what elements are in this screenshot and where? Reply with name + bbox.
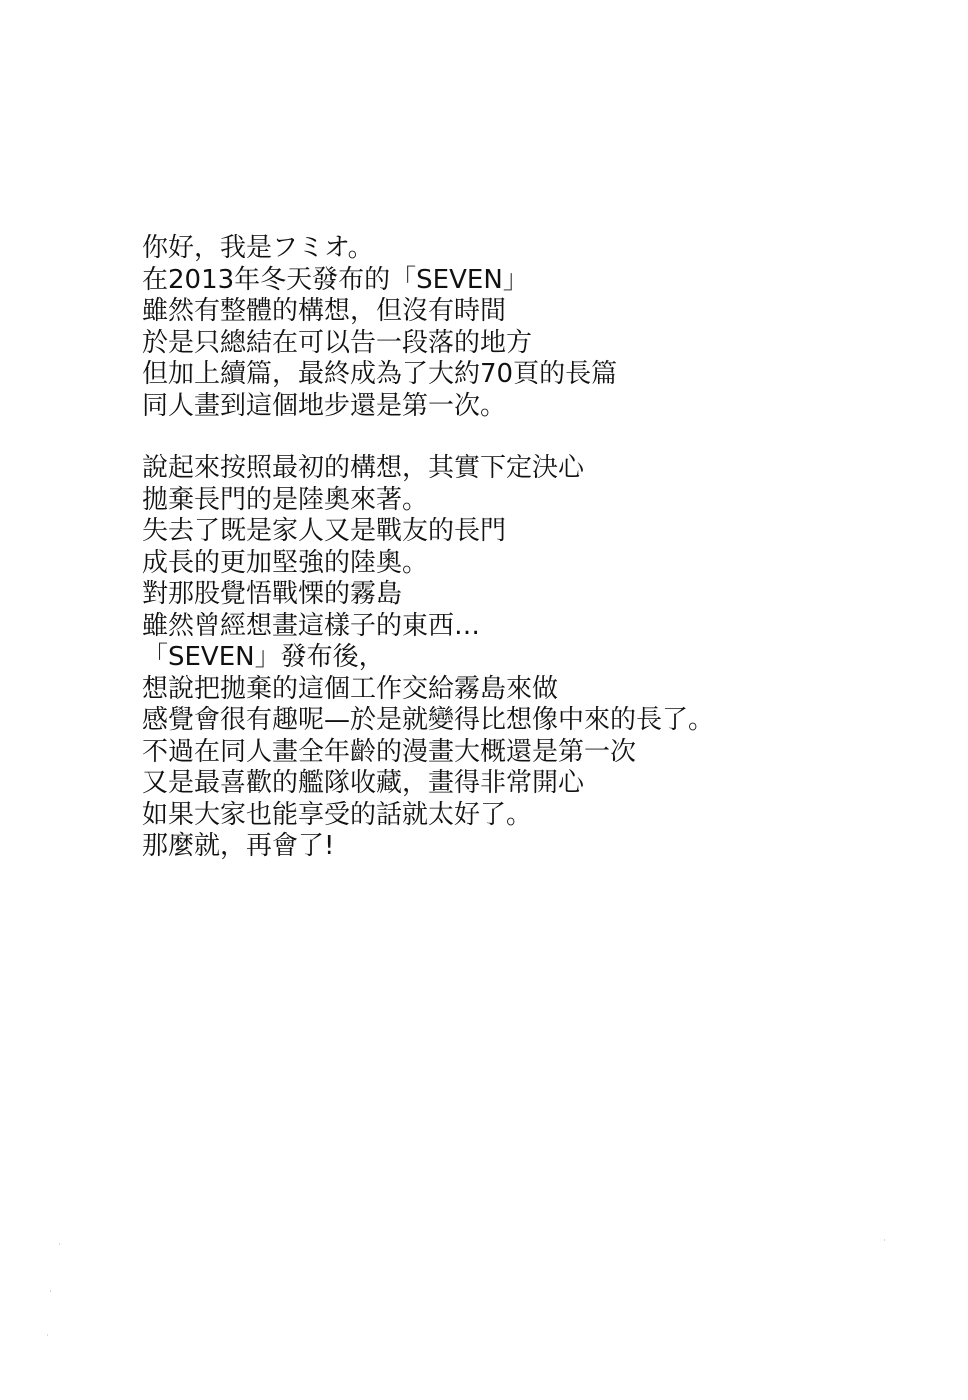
text-line: 又是最喜歡的艦隊收藏，畫得非常開心 [142, 768, 922, 800]
scanned-page: 你好，我是フミオ。 在2013年冬天發布的「SEVEN」 雖然有整體的構想，但沒… [0, 0, 968, 1400]
scan-speck [50, 1290, 51, 1292]
text-line: 在2013年冬天發布的「SEVEN」 [142, 265, 922, 297]
paragraph-intro: 你好，我是フミオ。 在2013年冬天發布的「SEVEN」 雖然有整體的構想，但沒… [142, 233, 922, 422]
text-line: 失去了既是家人又是戰友的長門 [142, 516, 922, 548]
scan-speck [59, 1243, 60, 1245]
text-line: 想說把拋棄的這個工作交給霧島來做 [142, 674, 922, 706]
paragraph-reflection: 說起來按照最初的構想，其實下定決心 拋棄長門的是陸奧來著。 失去了既是家人又是戰… [142, 453, 922, 863]
text-line: 如果大家也能享受的話就太好了。 [142, 800, 922, 832]
text-line: 不過在同人畫全年齡的漫畫大概還是第一次 [142, 737, 922, 769]
text-line: 那麼就，再會了! [142, 831, 922, 863]
scan-speck [884, 1239, 885, 1241]
text-line: 拋棄長門的是陸奧來著。 [142, 485, 922, 517]
text-line: 感覺會很有趣呢—於是就變得比想像中來的長了。 [142, 705, 922, 737]
text-line: 於是只總結在可以告一段落的地方 [142, 328, 922, 360]
text-line: 同人畫到這個地步還是第一次。 [142, 391, 922, 423]
text-line: 成長的更加堅強的陸奧。 [142, 548, 922, 580]
text-line: 雖然有整體的構想，但沒有時間 [142, 296, 922, 328]
text-line: 「SEVEN」發布後， [142, 642, 922, 674]
text-line: 雖然曾經想畫這樣子的東西… [142, 611, 922, 643]
afterword-text-block: 你好，我是フミオ。 在2013年冬天發布的「SEVEN」 雖然有整體的構想，但沒… [142, 233, 922, 863]
scan-speck [47, 1334, 48, 1336]
text-line: 對那股覺悟戰慄的霧島 [142, 579, 922, 611]
text-line: 你好，我是フミオ。 [142, 233, 922, 265]
text-line: 但加上續篇，最終成為了大約70頁的長篇 [142, 359, 922, 391]
text-line: 說起來按照最初的構想，其實下定決心 [142, 453, 922, 485]
